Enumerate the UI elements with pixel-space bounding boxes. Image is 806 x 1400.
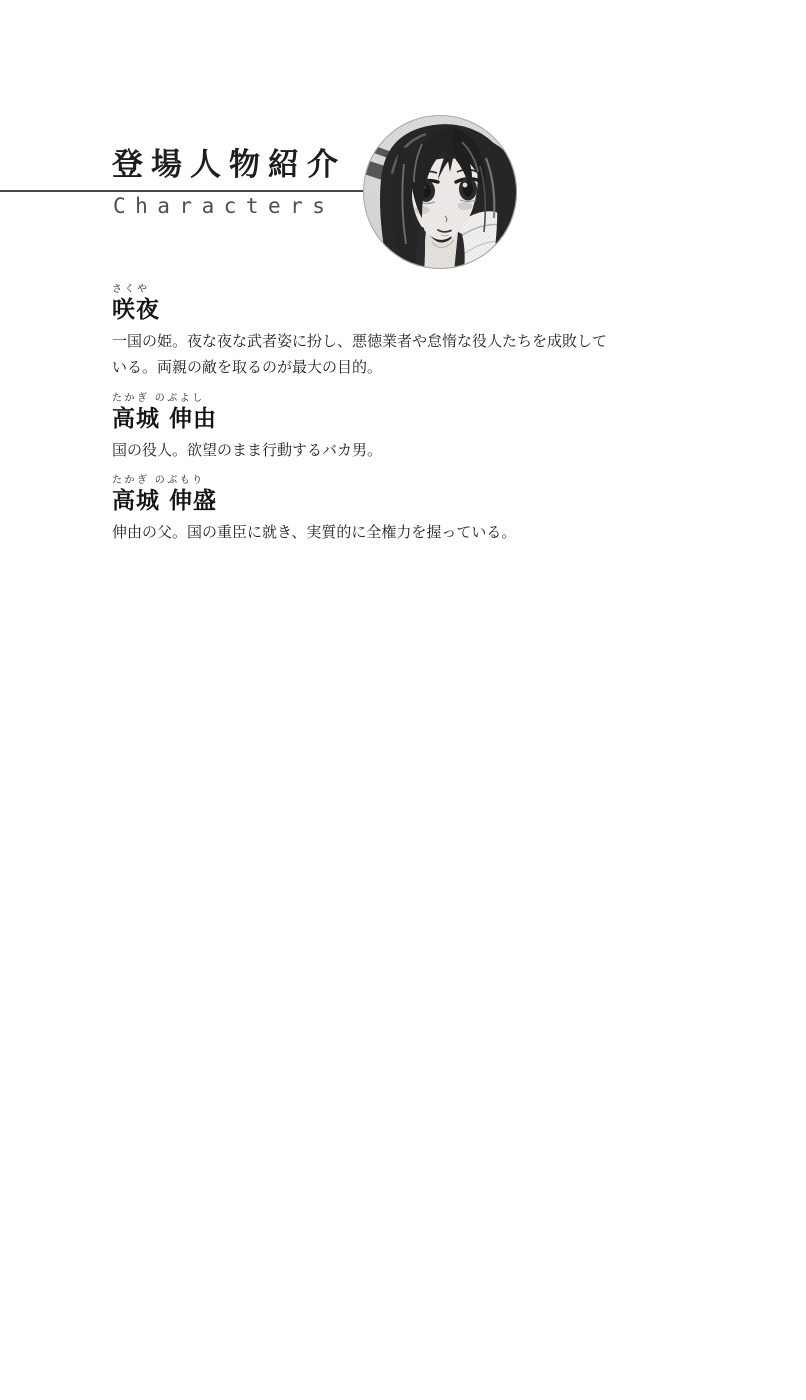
page-subtitle: Characters	[113, 193, 334, 219]
description-line: 一国の姫。夜な夜な武者姿に扮し、悪徳業者や怠惰な役人たちを成敗して	[112, 333, 607, 350]
character-name: 咲夜	[112, 296, 607, 324]
character-furigana: さくや	[112, 283, 607, 296]
character-name: 高城 伸由	[112, 405, 382, 433]
character-description: 伸由の父。国の重臣に就き、実質的に全権力を握っている。	[112, 520, 516, 546]
character-portrait-image	[362, 114, 518, 270]
character-entry-takagi-nobumori: たかぎ のぶもり 高城 伸盛 伸由の父。国の重臣に就き、実質的に全権力を握ってい…	[112, 474, 516, 546]
character-entry-takagi-nobuyoshi: たかぎ のぶよし 高城 伸由 国の役人。欲望のまま行動するバカ男。	[112, 392, 382, 464]
character-furigana: たかぎ のぶよし	[112, 392, 382, 405]
character-description: 一国の姫。夜な夜な武者姿に扮し、悪徳業者や怠惰な役人たちを成敗して いる。両親の…	[112, 329, 607, 381]
header-rule	[0, 190, 364, 192]
description-line: いる。両親の敵を取るのが最大の目的。	[112, 359, 382, 376]
page-title: 登場人物紹介	[112, 147, 346, 183]
character-description: 国の役人。欲望のまま行動するバカ男。	[112, 438, 382, 464]
character-furigana: たかぎ のぶもり	[112, 474, 516, 487]
book-page: 登場人物紹介 Characters	[0, 0, 806, 1400]
character-name: 高城 伸盛	[112, 487, 516, 515]
character-entry-sakuya: さくや 咲夜 一国の姫。夜な夜な武者姿に扮し、悪徳業者や怠惰な役人たちを成敗して…	[112, 283, 607, 381]
manga-girl-portrait-icon	[362, 114, 518, 270]
description-line: 国の役人。欲望のまま行動するバカ男。	[112, 442, 382, 459]
description-line: 伸由の父。国の重臣に就き、実質的に全権力を握っている。	[112, 524, 516, 541]
